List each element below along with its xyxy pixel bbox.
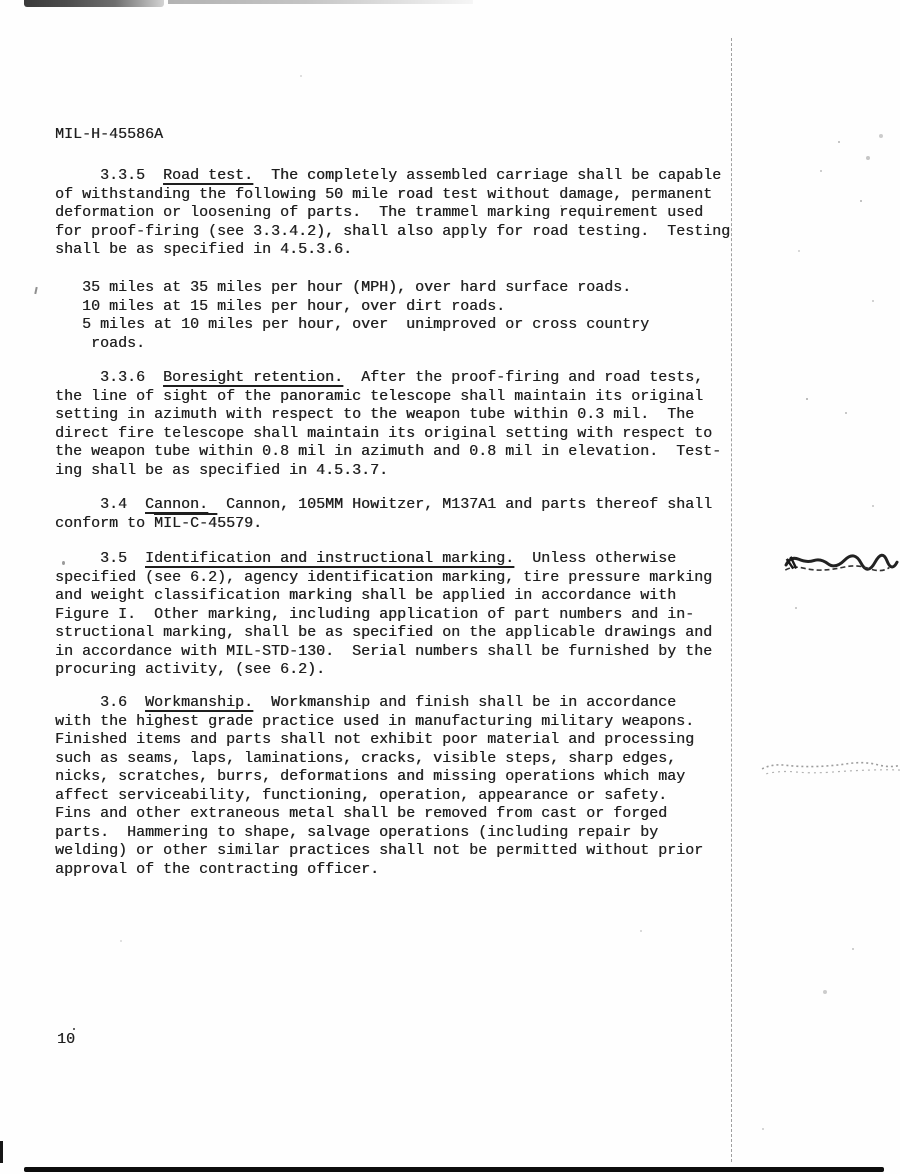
body-line: such as seams, laps, laminations, cracks… — [55, 750, 703, 769]
page-number: 10 — [57, 1031, 75, 1050]
body-line: parts. Hammering to shape, salvage opera… — [55, 824, 703, 843]
spec-number-header: MIL-H-45586A — [55, 126, 163, 145]
section-title-road-test: Road test. — [163, 167, 253, 184]
body-line: nicks, scratches, burrs, deformations an… — [55, 768, 703, 787]
list-item-continuation: roads. — [55, 335, 649, 354]
body-line: welding) or other similar practices shal… — [55, 842, 703, 861]
body-line: with the highest grade practice used in … — [55, 713, 703, 732]
list-item: 10 miles at 15 miles per hour, over dirt… — [55, 298, 649, 317]
scan-artifact-fold-line — [731, 38, 732, 1162]
section-3-4-cannon: 3.4 Cannon. Cannon, 105MM Howitzer, M137… — [55, 496, 712, 533]
scan-artifact-speckles — [0, 0, 2, 2]
body-line: specified (see 6.2), agency identificati… — [55, 569, 712, 588]
body-line: Finished items and parts shall not exhib… — [55, 731, 703, 750]
section-title-boresight-retention: Boresight retention. — [163, 369, 343, 386]
body-line: setting in azimuth with respect to the w… — [55, 406, 721, 425]
body-line: conform to MIL-C-45579. — [55, 515, 712, 534]
section-3-5-identification-marking: 3.5 Identification and instructional mar… — [55, 550, 712, 680]
body-line: in accordance with MIL-STD-130. Serial n… — [55, 643, 712, 662]
scan-artifact-tick — [34, 287, 37, 294]
body-line: procuring activity, (see 6.2). — [55, 661, 712, 680]
section-3-3-5-road-test: 3.3.5 Road test. The completely assemble… — [55, 167, 730, 260]
scan-artifact-top-smudge-light — [168, 0, 473, 4]
list-item: 5 miles at 10 miles per hour, over unimp… — [55, 316, 649, 335]
body-line: and weight classification marking shall … — [55, 587, 712, 606]
scan-artifact-top-smudge-dark — [24, 0, 164, 7]
section-heading-line: 3.4 Cannon. Cannon, 105MM Howitzer, M137… — [55, 496, 712, 515]
section-3-6-workmanship: 3.6 Workmanship. Workmanship and finish … — [55, 694, 703, 879]
body-line: for proof-firing (see 3.3.4.2), shall al… — [55, 223, 730, 242]
body-line: shall be as specified in 4.5.3.6. — [55, 241, 730, 260]
section-title-identification-marking: Identification and instructional marking… — [145, 550, 514, 567]
scan-artifact-scribble-light — [760, 751, 900, 779]
scanned-spec-page: MIL-H-45586A 3.3.5 Road test. The comple… — [0, 0, 900, 1174]
body-line: approval of the contracting officer. — [55, 861, 703, 880]
body-line: deformation or loosening of parts. The t… — [55, 204, 730, 223]
section-heading-line: 3.5 Identification and instructional mar… — [55, 550, 712, 569]
body-line: affect serviceability, functioning, oper… — [55, 787, 703, 806]
mil-c-45579-reference: MIL-C-4 — [154, 515, 217, 532]
road-test-mileage-list: 35 miles at 35 miles per hour (MPH), ove… — [55, 279, 649, 353]
body-line: direct fire telescope shall maintain its… — [55, 425, 721, 444]
scan-artifact-tick — [62, 561, 65, 565]
list-item: 35 miles at 35 miles per hour (MPH), ove… — [55, 279, 649, 298]
section-title-workmanship: Workmanship. — [145, 694, 253, 711]
body-line: structional marking, shall be as specifi… — [55, 624, 712, 643]
scan-artifact-scribble-dark — [781, 543, 900, 583]
scan-artifact-bottom-bar — [24, 1167, 884, 1172]
body-line: the weapon tube within 0.8 mil in azimut… — [55, 443, 721, 462]
body-line: of withstanding the following 50 mile ro… — [55, 186, 730, 205]
body-line: ing shall be as specified in 4.5.3.7. — [55, 462, 721, 481]
body-line: the line of sight of the panoramic teles… — [55, 388, 721, 407]
section-3-3-6-boresight-retention: 3.3.6 Boresight retention. After the pro… — [55, 369, 721, 480]
section-heading-line: 3.3.5 Road test. The completely assemble… — [55, 167, 730, 186]
section-heading-line: 3.3.6 Boresight retention. After the pro… — [55, 369, 721, 388]
body-line: Fins and other extraneous metal shall be… — [55, 805, 703, 824]
scan-artifact-dot — [73, 1028, 75, 1030]
section-heading-line: 3.6 Workmanship. Workmanship and finish … — [55, 694, 703, 713]
body-line: Figure I. Other marking, including appli… — [55, 606, 712, 625]
scan-artifact-edge-mark — [0, 1141, 3, 1163]
section-title-cannon: Cannon. — [145, 496, 208, 513]
